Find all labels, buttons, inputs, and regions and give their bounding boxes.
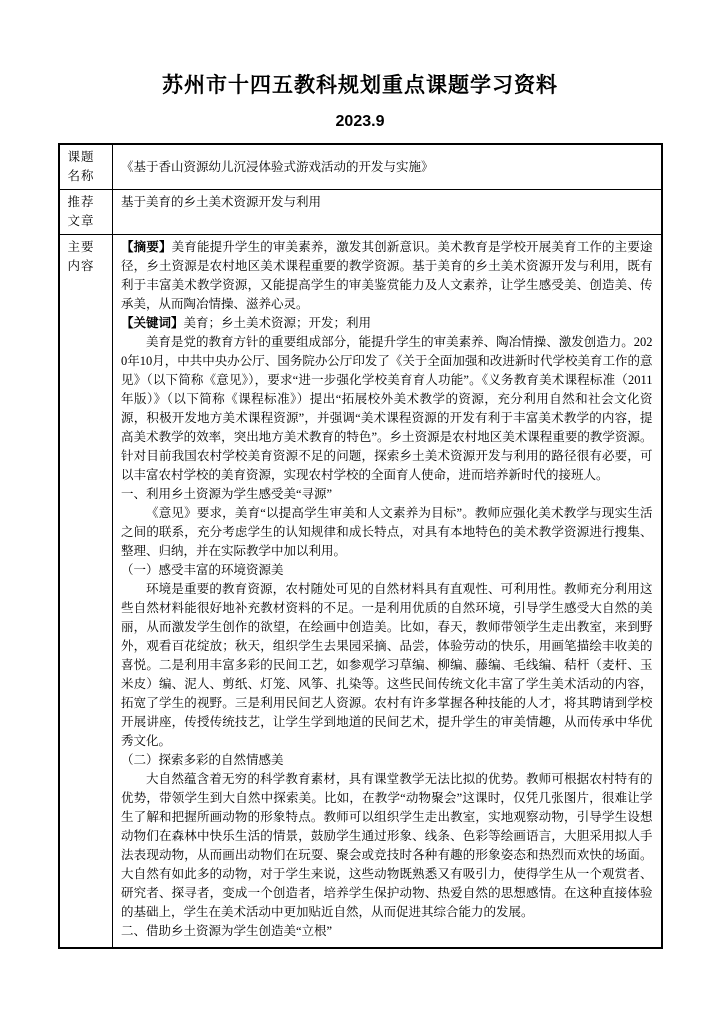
content-paragraph: 【摘要】美育能提升学生的审美素养，激发其创新意识。美术教育是学校开展美育工作的主… xyxy=(121,238,653,314)
page-title: 苏州市十四五教科规划重点课题学习资料 xyxy=(0,0,720,99)
table-row-topic-name: 课题 名称 《基于香山资源幼儿沉浸体验式游戏活动的开发与实施》 xyxy=(59,144,662,190)
main-content-cell: 【摘要】美育能提升学生的审美素养，激发其创新意识。美术教育是学校开展美育工作的主… xyxy=(113,235,662,948)
content-paragraph: 环境是重要的教育资源，农村随处可见的自然材料具有直观性、可利用性。教师充分利用这… xyxy=(121,580,653,751)
recommended-article-value: 基于美育的乡土美术资源开发与利用 xyxy=(113,190,662,235)
content-paragraph: 二、借助乡土资源为学生创造美“立根” xyxy=(121,922,653,941)
topic-name-value: 《基于香山资源幼儿沉浸体验式游戏活动的开发与实施》 xyxy=(113,144,662,190)
row-label-recommended-article: 推荐 文章 xyxy=(59,190,113,235)
content-paragraph: （二）探索多彩的自然情感美 xyxy=(121,751,653,770)
content-table: 课题 名称 《基于香山资源幼儿沉浸体验式游戏活动的开发与实施》 推荐 文章 基于… xyxy=(58,143,663,949)
page-date: 2023.9 xyxy=(0,112,720,132)
row-label-line: 文章 xyxy=(68,212,105,231)
content-paragraph: （一）感受丰富的环境资源美 xyxy=(121,561,653,580)
row-label-line: 内容 xyxy=(68,257,105,276)
row-label-line: 推荐 xyxy=(68,193,105,212)
main-content-paragraphs: 【摘要】美育能提升学生的审美素养，激发其创新意识。美术教育是学校开展美育工作的主… xyxy=(121,238,653,941)
paragraph-bold-prefix: 【关键词】 xyxy=(121,316,184,330)
paragraph-bold-prefix: 【摘要】 xyxy=(121,240,172,254)
content-paragraph: 《意见》要求，美育“以提高学生审美和人文素养为目标”。教师应强化美术教学与现实生… xyxy=(121,504,653,561)
row-label-line: 主要 xyxy=(68,238,105,257)
content-paragraph: 美育是党的教育方针的重要组成部分，能提升学生的审美素养、陶冶情操、激发创造力。2… xyxy=(121,333,653,485)
table-row-recommended-article: 推荐 文章 基于美育的乡土美术资源开发与利用 xyxy=(59,190,662,235)
table-row-main-content: 主要 内容 【摘要】美育能提升学生的审美素养，激发其创新意识。美术教育是学校开展… xyxy=(59,235,662,948)
row-label-topic-name: 课题 名称 xyxy=(59,144,113,190)
content-paragraph: 一、利用乡土资源为学生感受美“寻源” xyxy=(121,485,653,504)
content-paragraph: 大自然蕴含着无穷的科学教育素材，具有课堂教学无法比拟的优势。教师可根据农村特有的… xyxy=(121,770,653,922)
row-label-main-content: 主要 内容 xyxy=(59,235,113,948)
content-paragraph: 【关键词】美育；乡土美术资源；开发；利用 xyxy=(121,314,653,333)
document-page: 苏州市十四五教科规划重点课题学习资料 2023.9 课题 名称 《基于香山资源幼… xyxy=(0,0,720,1018)
row-label-line: 名称 xyxy=(68,167,105,186)
row-label-line: 课题 xyxy=(68,148,105,167)
